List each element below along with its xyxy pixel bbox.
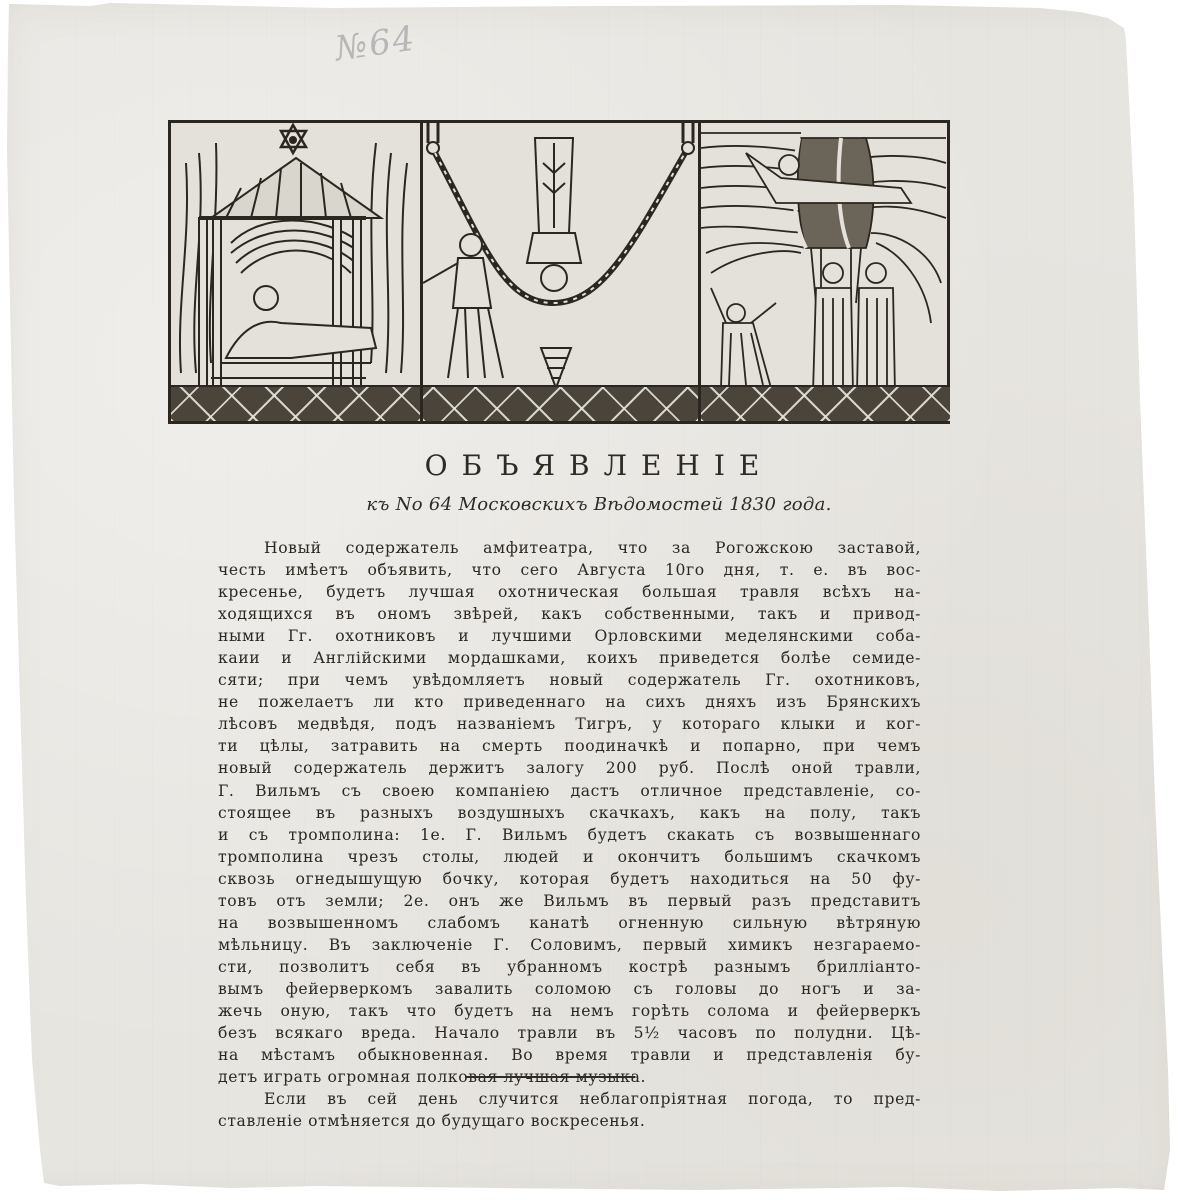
panel-burning-barrel (698, 123, 950, 421)
body-line: кресенье, будетъ лучшая охотническая бол… (218, 581, 921, 603)
body-line: новый содержатель держитъ залогу 200 руб… (218, 757, 921, 779)
rope-acrobat-icon (423, 123, 698, 421)
burning-barrel-icon (701, 123, 950, 421)
body-line: жечь оную, такъ что будетъ на немъ горѣт… (218, 1000, 921, 1022)
body-line: мѣльницу. Въ заключенiе Г. Соловимъ, пер… (218, 934, 921, 956)
body-line: ходящихся въ ономъ звѣрей, какъ собствен… (218, 603, 921, 625)
body-line: товъ отъ земли; 2е. онъ же Вильмъ въ пер… (218, 890, 921, 912)
body-line: стоящее въ разныхъ воздушныхъ скачкахъ, … (218, 802, 921, 824)
body-line: ти цѣлы, затравить на смерть поодиначкѣ … (218, 735, 921, 757)
body-line: Новый содержатель амфитеатра, что за Рог… (218, 537, 921, 559)
panel-rope-acrobat (423, 123, 698, 421)
body-line: ными Гг. охотниковъ и лучшими Орловскими… (218, 625, 921, 647)
announcement-body: Новый содержатель амфитеатра, что за Рог… (218, 537, 921, 1132)
body-line: ставленiе отмѣняется до будущаго воскрес… (218, 1110, 921, 1132)
body-line: Если въ сей день случится неблагопрiятна… (218, 1088, 921, 1110)
closing-rule (465, 1076, 635, 1078)
woodcut-illustration (168, 120, 950, 424)
body-line: на возвышенномъ слабомъ канатѣ огненную … (218, 912, 921, 934)
floor-pattern (171, 385, 420, 421)
body-line: сти, позволитъ себя въ убранномъ кострѣ … (218, 956, 921, 978)
body-line: тромполина чрезъ столы, людей и окончитъ… (218, 846, 921, 868)
body-line: лѣсовъ медвѣдя, подъ названiемъ Тигръ, у… (218, 713, 921, 735)
body-line: на мѣстамъ обыкновенная. Во время травли… (218, 1044, 921, 1066)
body-line: Г. Вильмъ съ своею компанiею дастъ отлич… (218, 780, 921, 802)
floor-pattern (423, 385, 698, 421)
body-line: сяти; при чемъ увѣдомляетъ новый содержа… (218, 669, 921, 691)
body-line: честь имѣетъ объявить, что сего Августа … (218, 559, 921, 581)
burning-bed-icon (171, 123, 420, 421)
body-line: безъ всякаго вреда. Начало травли въ 5½ … (218, 1022, 921, 1044)
floor-pattern (701, 385, 950, 421)
panel-burning-bed (171, 123, 423, 421)
body-line: каии и Англiйскими мордашками, коихъ при… (218, 647, 921, 669)
body-line: не пожелаетъ ли кто приведеннаго на сихъ… (218, 691, 921, 713)
body-line: сквозь огнедышущую бочку, которая будетъ… (218, 868, 921, 890)
body-line: и съ тромполина: 1е. Г. Вильмъ будетъ ск… (218, 824, 921, 846)
document-title: ОБЪЯВЛЕНIЕ (0, 449, 1178, 482)
document-subtitle: къ No 64 Московскихъ Вѣдомостей 1830 год… (0, 494, 1178, 515)
body-line: вымъ фейерверкомъ завалить соломою съ го… (218, 978, 921, 1000)
